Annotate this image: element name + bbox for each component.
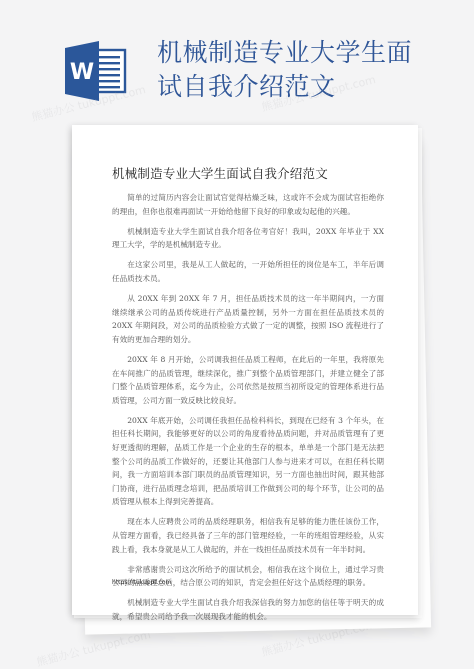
document-body: 简单的过简历内容会让面试官觉得枯燥乏味，这或许不会成为面试官拒绝你的理由，但你也… xyxy=(112,191,384,630)
paragraph: 20XX 年底开始，公司调任我担任品检科科长，到现在已经有 3 个年头，在担任科… xyxy=(112,414,384,509)
paragraph: 20XX 年 8 月开始，公司调我担任品质工程师，在此后的一年里，我将原先在车间… xyxy=(112,353,384,407)
paragraph: 从 20XX 年到 20XX 年 7 月，担任品质技术员的这一年半期间内，一方面… xyxy=(112,292,384,346)
document-title: 机械制造专业大学生面试自我介绍范文 xyxy=(112,164,328,182)
svg-text:W: W xyxy=(70,60,94,85)
header-banner: W 机械制造专业大学生面试自我介绍范文 xyxy=(0,0,474,125)
paragraph: 在这家公司里，我是从工人做起的，一开始所担任的岗位是车工，半年后调任品质技术员。 xyxy=(112,258,384,285)
paragraph: 机械制造专业大学生面试自我介绍我深信我的努力加您的信任等于明天的成就，希望贵公司… xyxy=(112,596,384,623)
paragraph: 现在本人应聘贵公司的品质经理职务，相信我有足够的能力胜任该份工作，从管理方面看，… xyxy=(112,515,384,556)
paragraph: 机械制造专业大学生面试自我介绍各位考官好！我叫，20XX 年毕业于 XX 理工大… xyxy=(112,225,384,252)
page-title: 机械制造专业大学生面试自我介绍范文 xyxy=(157,36,417,104)
paragraph: 简单的过简历内容会让面试官觉得枯燥乏味，这或许不会成为面试官拒绝你的理由，但你也… xyxy=(112,191,384,218)
word-document-icon: W xyxy=(65,41,127,101)
source-url: https://tukuppt.com xyxy=(112,579,171,586)
document-page: 机械制造专业大学生面试自我介绍范文 简单的过简历内容会让面试官觉得枯燥乏味，这或… xyxy=(72,125,418,615)
